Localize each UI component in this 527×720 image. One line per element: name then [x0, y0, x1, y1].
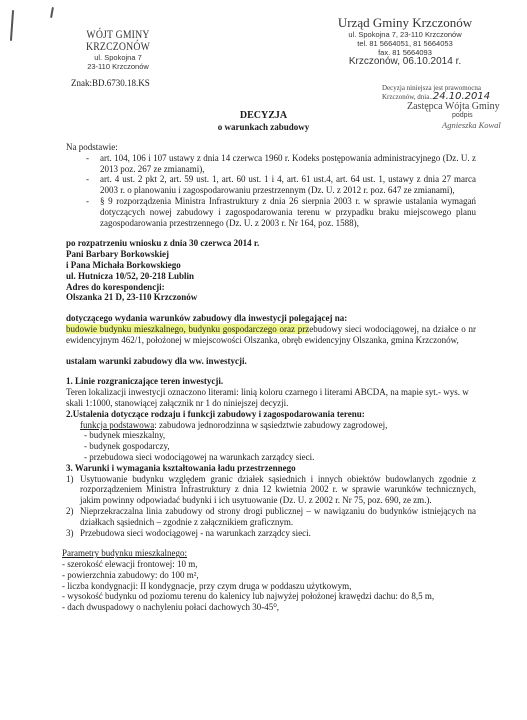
section1-text: Teren lokalizacji inwestycji oznaczono l…	[66, 387, 476, 409]
legal-basis-item: art. 104, 106 i 107 ustawy z dnia 14 cze…	[66, 153, 476, 175]
document-subtitle: o warunkach zabudowy	[0, 122, 527, 132]
pen-mark	[10, 10, 14, 41]
document-body: Na podstawie: art. 104, 106 i 107 ustawy…	[66, 142, 476, 613]
parameters-heading: Parametry budynku mieszkalnego:	[62, 548, 476, 559]
handwritten-date: 24.10.2014	[433, 91, 490, 102]
letterhead-left: WÓJT GMINY KRZCZONÓW ul. Spokojna 7 23-1…	[48, 29, 188, 71]
parameter-item: - szerokość elewacji frontowej: 10 m,	[62, 559, 476, 570]
section2-heading: 2.Ustalenia dotyczące rodzaju i funkcji …	[66, 409, 476, 420]
highlighted-text: budowie budynku mieszkalnego, budynku go…	[66, 324, 309, 334]
section3-item: 3)Przebudowa sieci wodociągowej - na war…	[66, 528, 476, 539]
stamp-date-line: Krzczonów, dnia..24.10.2014	[382, 93, 527, 102]
applicant-line: Adres do korespondencji:	[66, 282, 476, 293]
pen-mark	[50, 7, 54, 18]
section2-item: - budynek mieszkalny,	[66, 430, 476, 441]
applicant-line: Pani Barbary Borkowskiej	[66, 249, 476, 260]
parameter-item: - powierzchnia zabudowy: do 100 m²,	[62, 570, 476, 581]
section2-item: - budynek gospodarczy,	[66, 441, 476, 452]
applicant-line: i Pana Michała Borkowskiego	[66, 260, 476, 271]
place-date: Krzczonów, 06.10.2014 r.	[315, 57, 495, 66]
applicant-line: ul. Hutnicza 10/52, 20-218 Lublin	[66, 271, 476, 282]
letterhead-left-title: WÓJT GMINY KRZCZONÓW	[59, 29, 178, 53]
section2-item: - przebudowa sieci wodociągowej na warun…	[66, 452, 476, 463]
investment-heading: dotyczącego wydania warunków zabudowy dl…	[66, 313, 476, 324]
section2-function: funkcja podstawowa: zabudowa jednorodzin…	[66, 420, 476, 431]
parameters-block: Parametry budynku mieszkalnego: - szerok…	[62, 548, 476, 613]
letterhead-right: Urząd Gminy Krzczonów ul. Spokojna 7, 23…	[315, 16, 495, 66]
applicant-line: po rozpatrzeniu wniosku z dnia 30 czerwc…	[66, 238, 476, 249]
legal-basis-item: art. 4 ust. 2 pkt 2, art. 59 ust. 1, art…	[66, 174, 476, 196]
legal-basis-intro: Na podstawie:	[66, 142, 476, 153]
section3-list: 1)Usytuowanie budynku względem granic dz…	[66, 474, 476, 539]
legal-basis-item: § 9 rozporządzenia Ministra Infrastruktu…	[66, 196, 476, 228]
parameter-item: - liczba kondygnacji: II kondygnacje, pr…	[62, 581, 476, 592]
investment-description: budowie budynku mieszkalnego, budynku go…	[66, 324, 476, 346]
parameter-item: - dach dwuspadowy o nachyleniu połaci da…	[62, 602, 476, 613]
reference-number: Znak:BD.6730.18.KS	[71, 78, 150, 88]
letterhead-right-address: ul. Spokojna 7, 23-110 Krzczonów	[315, 30, 495, 39]
legal-basis-list: art. 104, 106 i 107 ustawy z dnia 14 cze…	[66, 153, 476, 229]
section3-heading: 3. Warunki i wymagania kształtowania ład…	[66, 463, 476, 474]
section1-heading: 1. Linie rozgraniczające teren inwestycj…	[66, 376, 476, 387]
letterhead-right-tel: tel. 81 5664051, 81 5664053	[315, 39, 495, 48]
letterhead-left-city: 23-110 Krzczonów	[48, 62, 188, 71]
decision-line: ustalam warunki zabudowy dla ww. inwesty…	[66, 356, 476, 367]
applicant-line: Olszanka 21 D, 23-110 Krzczonów	[66, 292, 476, 303]
applicants-block: po rozpatrzeniu wniosku z dnia 30 czerwc…	[66, 238, 476, 303]
letterhead-left-street: ul. Spokojna 7	[48, 53, 188, 62]
section3-item: 2)Nieprzekraczalna linia zabudowy od str…	[66, 506, 476, 528]
section3-item: 1)Usytuowanie budynku względem granic dz…	[66, 474, 476, 506]
document-title: DECYZJA	[0, 110, 527, 121]
letterhead-right-title: Urząd Gminy Krzczonów	[315, 16, 495, 30]
parameter-item: - wysokość budynku od poziomu terenu do …	[62, 591, 476, 602]
